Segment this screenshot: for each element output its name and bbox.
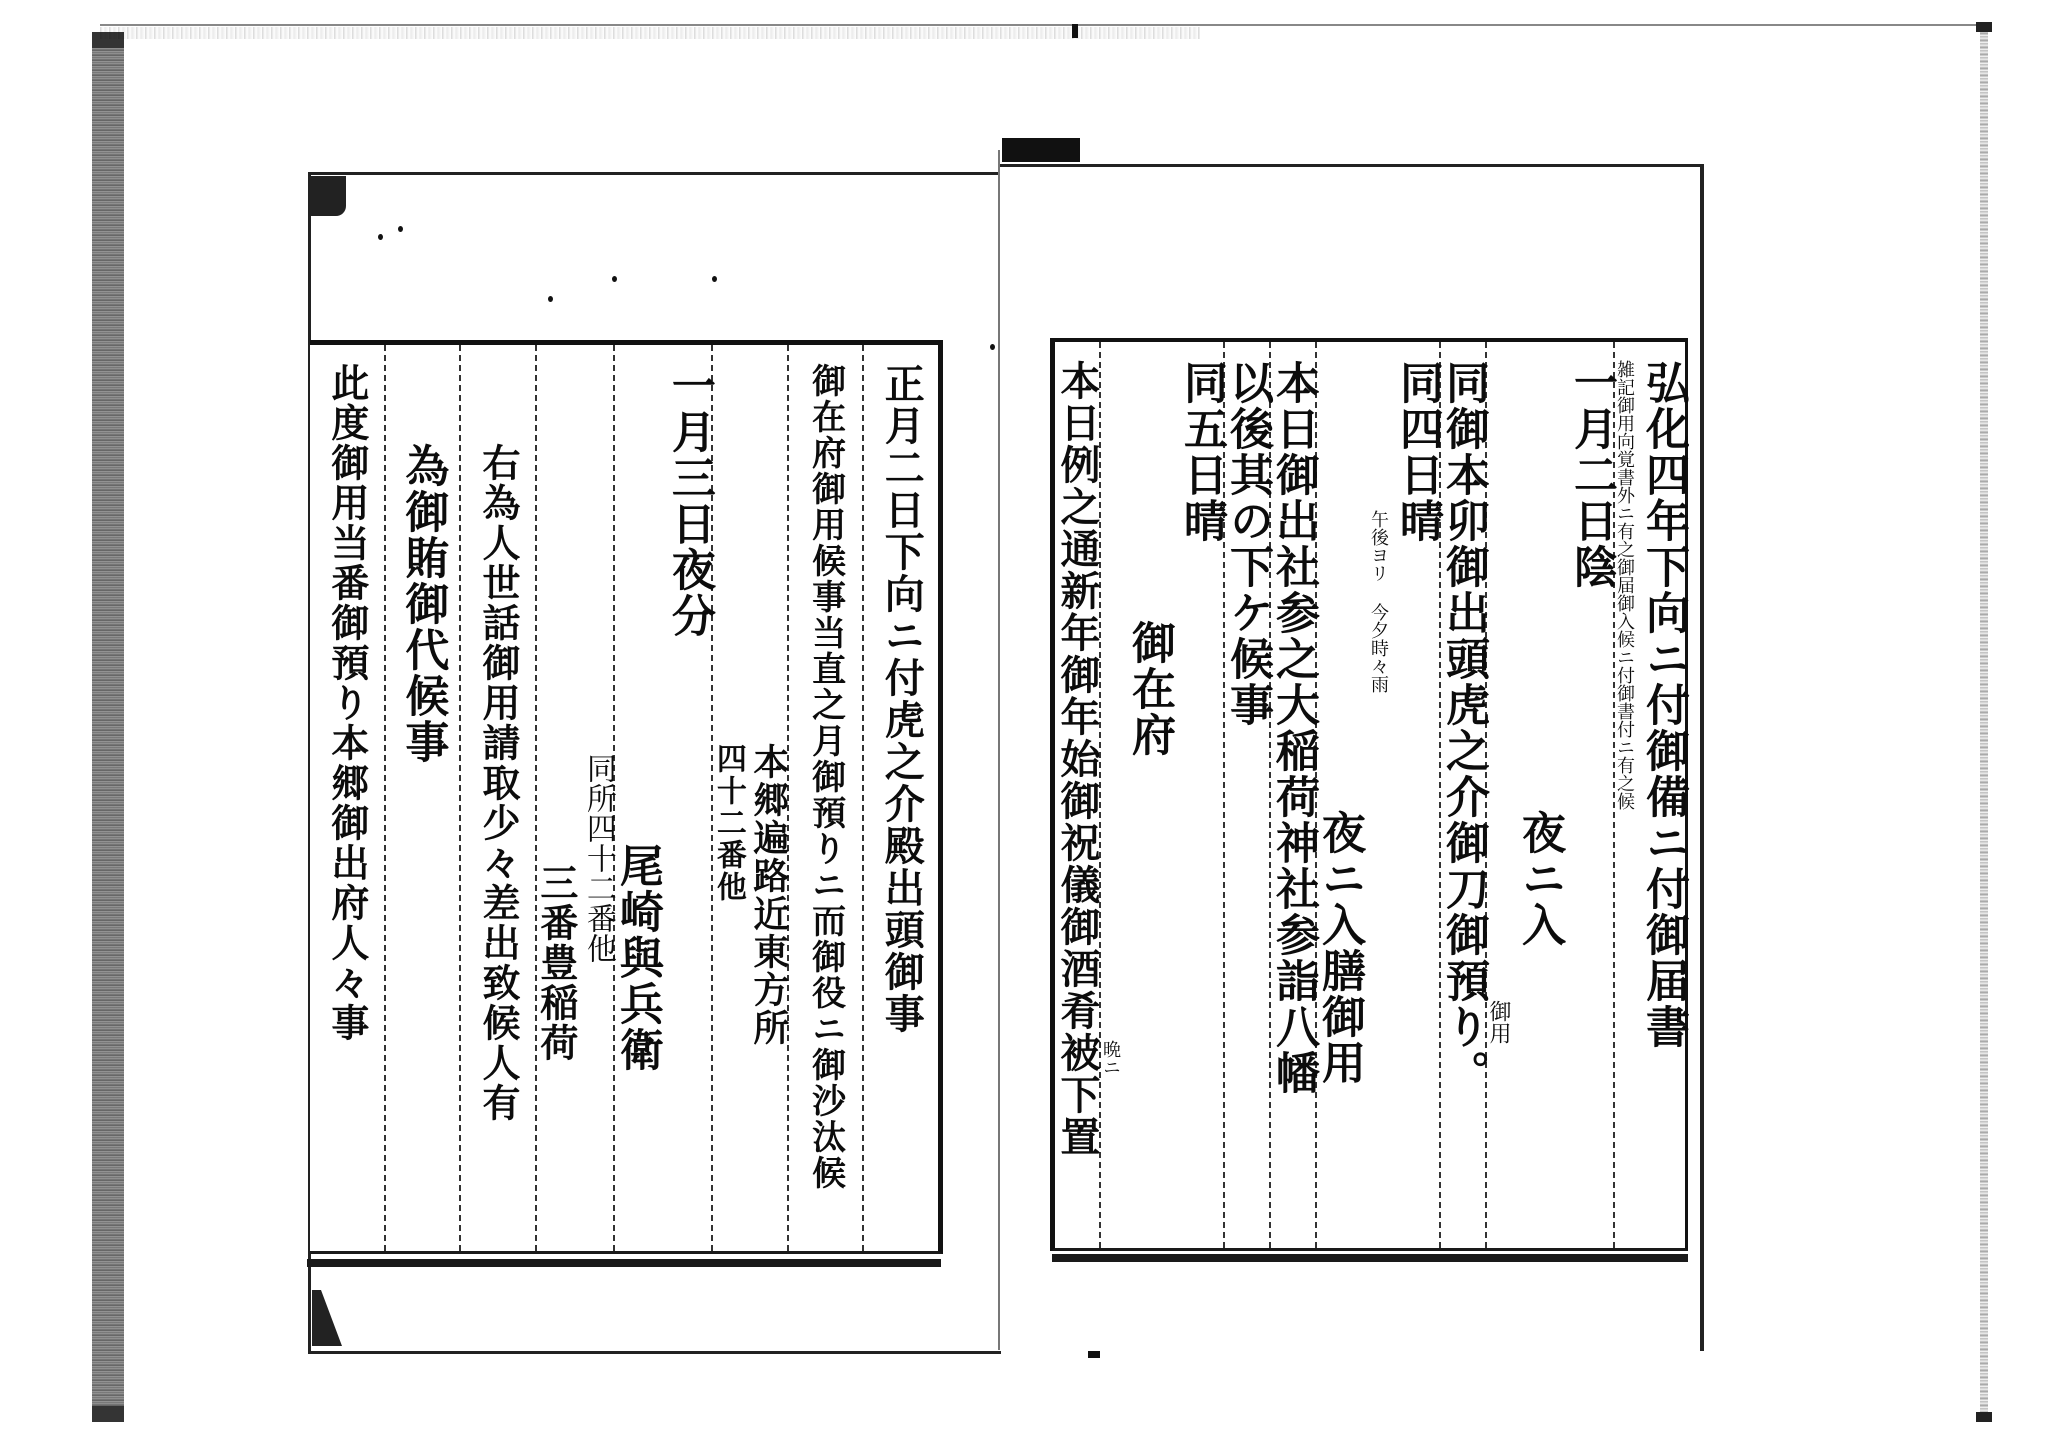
- right-col-4: 同四日晴 午後ヨリ 今夕時々雨 夜ニ入膳御用: [1315, 342, 1439, 1248]
- right-col-2: 一月二日陰 夜ニ入 御用: [1485, 342, 1613, 1248]
- spine-marker-top: [1002, 138, 1080, 162]
- left-col-1: 正月二日下向ニ付虎之介殿出頭御事: [862, 345, 938, 1251]
- left-col-4: 一月三日夜分 尾崎與兵衛: [613, 345, 711, 1251]
- ink-dot: [612, 276, 617, 282]
- scan-top-noise: [100, 27, 1200, 39]
- entry-text: 夜ニ入膳御用: [1317, 810, 1361, 1248]
- right-col-8: 本日例之通新年御年始御祝儀御酒肴被下置: [1055, 342, 1099, 1248]
- date-heading: 一月三日夜分: [667, 363, 711, 763]
- entry-text: 正月二日下向ニ付虎之介殿出頭御事: [881, 363, 921, 1251]
- right-col-1: 弘化四年下向ニ付御備ニ付御届書 雑記御用向覚書外ニ有之御届御入候ニ付御書付ニ有之…: [1613, 342, 1685, 1248]
- weather-note: 午後ヨリ 今夕時々雨: [1369, 510, 1387, 1248]
- scan-left-edge: [92, 32, 124, 1422]
- scan-top-edge: [100, 24, 1980, 26]
- entry-text: 右為人世話御用請取少々差出致候人有: [479, 363, 517, 1251]
- left-page-text-frame: 正月二日下向ニ付虎之介殿出頭御事 御在府御用候事当直之月御預りニ而御役ニ御沙汰候…: [310, 340, 943, 1254]
- book-spine: [998, 150, 1000, 1350]
- entry-text: 本日御出社参之大稲荷神社参詣八幡: [1271, 360, 1315, 1248]
- right-page-text-frame: 弘化四年下向ニ付御備ニ付御届書 雑記御用向覚書外ニ有之御届御入候ニ付御書付ニ有之…: [1050, 338, 1688, 1251]
- annotation-text: 御用: [1487, 1000, 1509, 1248]
- entry-text: 以後其の下ケ候事: [1225, 360, 1269, 1248]
- scan-left-cap-top: [92, 32, 124, 48]
- left-page-columns: 正月二日下向ニ付虎之介殿出頭御事 御在府御用候事当直之月御預りニ而御役ニ御沙汰候…: [310, 345, 938, 1251]
- entry-text: 此度御用当番御預り本郷御出府人々事: [328, 363, 366, 1251]
- entry-text: 四十二番他: [713, 743, 743, 1251]
- right-col-3: 同御本卯御出頭虎之介御刀御預り。: [1439, 342, 1485, 1248]
- right-col-5: 本日御出社参之大稲荷神社参詣八幡: [1269, 342, 1315, 1248]
- date-heading: 同四日晴: [1395, 360, 1439, 1248]
- ink-dot: [398, 226, 403, 232]
- right-col-7: 同五日晴 御在府 晩ニ: [1099, 342, 1223, 1248]
- entry-text: 本日例之通新年御年始御祝儀御酒肴被下置: [1057, 360, 1097, 1248]
- annotation-text: 晩ニ: [1101, 1040, 1119, 1248]
- entry-text: 弘化四年下向ニ付御備ニ付御届書: [1641, 360, 1685, 1248]
- date-heading: 同五日晴: [1179, 360, 1223, 1248]
- right-col-6: 以後其の下ケ候事: [1223, 342, 1269, 1248]
- date-heading: 一月二日陰: [1569, 360, 1613, 880]
- left-col-5: 同所四十二番他 三番豊稲荷: [535, 345, 613, 1251]
- ink-dot: [548, 296, 553, 302]
- left-col-8: 此度御用当番御預り本郷御出府人々事: [310, 345, 384, 1251]
- entry-text: 同所四十二番他: [583, 753, 613, 1251]
- ink-dot: [990, 344, 995, 350]
- right-page-columns: 弘化四年下向ニ付御備ニ付御届書 雑記御用向覚書外ニ有之御届御入候ニ付御書付ニ有之…: [1055, 342, 1685, 1248]
- annotation-text: 雑記御用向覚書外ニ有之御届御入候ニ付御書付ニ有之候: [1615, 360, 1633, 1248]
- left-col-3: 本郷遍路近東方所 四十二番他: [711, 345, 787, 1251]
- scan-right-edge: [1980, 22, 1988, 1422]
- page-corner-top-left: [308, 176, 346, 216]
- entry-text: 御在府: [1127, 620, 1171, 1248]
- scan-left-cap-bottom: [92, 1406, 124, 1422]
- entry-text: 夜ニ入: [1517, 810, 1561, 1248]
- scan-right-cap-bottom: [1976, 1412, 1992, 1422]
- left-col-2: 御在府御用候事当直之月御預りニ而御役ニ御沙汰候: [787, 345, 863, 1251]
- scan-right-cap-top: [1976, 22, 1992, 32]
- left-col-6: 右為人世話御用請取少々差出致候人有: [459, 345, 535, 1251]
- entry-text: 為御賄御代候事: [400, 363, 444, 1251]
- entry-text: 同御本卯御出頭虎之介御刀御預り。: [1441, 360, 1485, 1248]
- left-frame-bottom-rule: [307, 1259, 941, 1267]
- person-name: 三番豊稲荷: [537, 863, 575, 1251]
- left-col-7: 為御賄御代候事: [384, 345, 460, 1251]
- person-name: 尾崎與兵衛: [615, 843, 659, 1251]
- ink-dot: [712, 276, 717, 282]
- ink-dot: [378, 234, 383, 240]
- entry-text: 本郷遍路近東方所: [751, 743, 787, 1251]
- scan-marker-top: [1072, 24, 1078, 38]
- right-frame-bottom-rule: [1052, 1254, 1688, 1262]
- entry-text: 御在府御用候事当直之月御預りニ而御役ニ御沙汰候: [809, 363, 843, 1251]
